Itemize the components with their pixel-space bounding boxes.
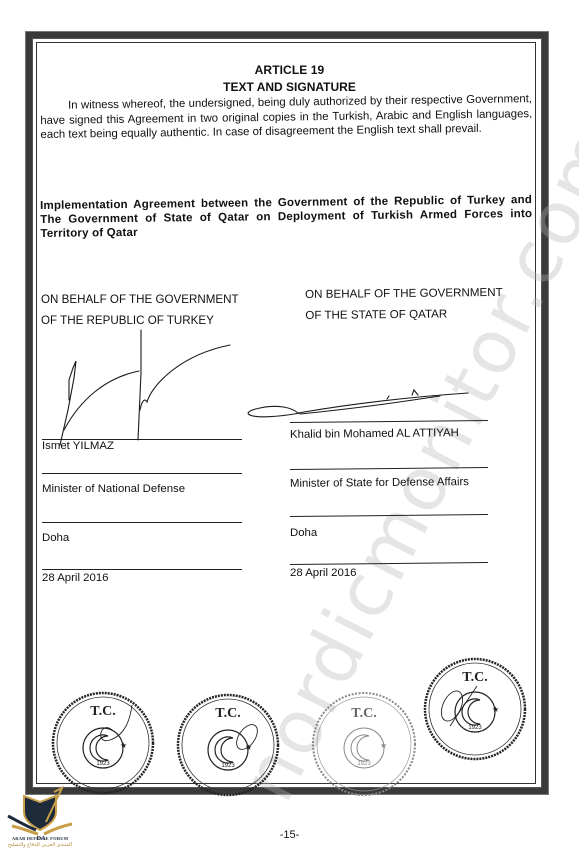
- party-left-heading: ON BEHALF OF THE GOVERNMENT OF THE REPUB…: [41, 289, 239, 331]
- article-heading: ARTICLE 19: [0, 63, 579, 77]
- stamp-2-icon: T.C. 1923 ★: [175, 692, 281, 798]
- left-place-line: [42, 569, 242, 570]
- logo-arabic-name: المنتدى العربي للدفاع والتسليح: [0, 842, 80, 848]
- left-signatory-title: Minister of National Defense: [42, 483, 185, 495]
- svg-text:★: ★: [120, 741, 127, 750]
- right-signatory-title: Minister of State for Defense Affairs: [290, 476, 469, 490]
- left-place: Doha: [42, 532, 69, 544]
- page-number: -15-: [0, 829, 579, 841]
- svg-text:1923: 1923: [221, 763, 235, 769]
- agreement-title: Implementation Agreement between the Gov…: [40, 193, 532, 241]
- stamp-1-icon: T.C. 1923 ★: [50, 690, 156, 796]
- left-signatory-name: Ismet YILMAZ: [42, 440, 114, 452]
- svg-text:T.C.: T.C.: [351, 706, 376, 721]
- left-name-line: [42, 473, 242, 474]
- logo-name: ARAB DEFENSE FORUM: [0, 836, 80, 841]
- party-right-behalf-line2: OF THE STATE OF QATAR: [305, 303, 503, 326]
- svg-text:★: ★: [380, 741, 387, 750]
- stamp-4-icon: T.C. 1923 ★: [422, 656, 528, 762]
- party-left-behalf-line1: ON BEHALF OF THE GOVERNMENT: [41, 289, 239, 310]
- svg-text:★: ★: [492, 705, 499, 714]
- witness-paragraph: In witness whereof, the undersigned, bei…: [40, 92, 533, 142]
- witness-text: In witness whereof, the undersigned, bei…: [40, 93, 532, 141]
- svg-text:1923: 1923: [468, 725, 482, 731]
- right-place: Doha: [290, 527, 317, 539]
- document-page: nordicmonitor.com ARTICLE 19 TEXT AND SI…: [0, 0, 579, 851]
- party-left-behalf-line2: OF THE REPUBLIC OF TURKEY: [41, 310, 239, 331]
- svg-text:T.C.: T.C.: [215, 706, 240, 721]
- party-right-behalf-line1: ON BEHALF OF THE GOVERNMENT: [305, 282, 503, 305]
- svg-text:1923: 1923: [96, 761, 110, 767]
- party-right-heading: ON BEHALF OF THE GOVERNMENT OF THE STATE…: [305, 282, 503, 326]
- svg-text:T.C.: T.C.: [90, 704, 115, 719]
- svg-text:1923: 1923: [357, 761, 371, 767]
- left-title-line: [42, 522, 242, 523]
- right-signatory-name: Khalid bin Mohamed AL ATTIYAH: [290, 427, 459, 441]
- right-date: 28 April 2016: [290, 567, 357, 579]
- stamp-3-icon: T.C. 1923 ★: [310, 690, 418, 798]
- left-date: 28 April 2016: [42, 572, 109, 584]
- svg-text:T.C.: T.C.: [462, 670, 487, 685]
